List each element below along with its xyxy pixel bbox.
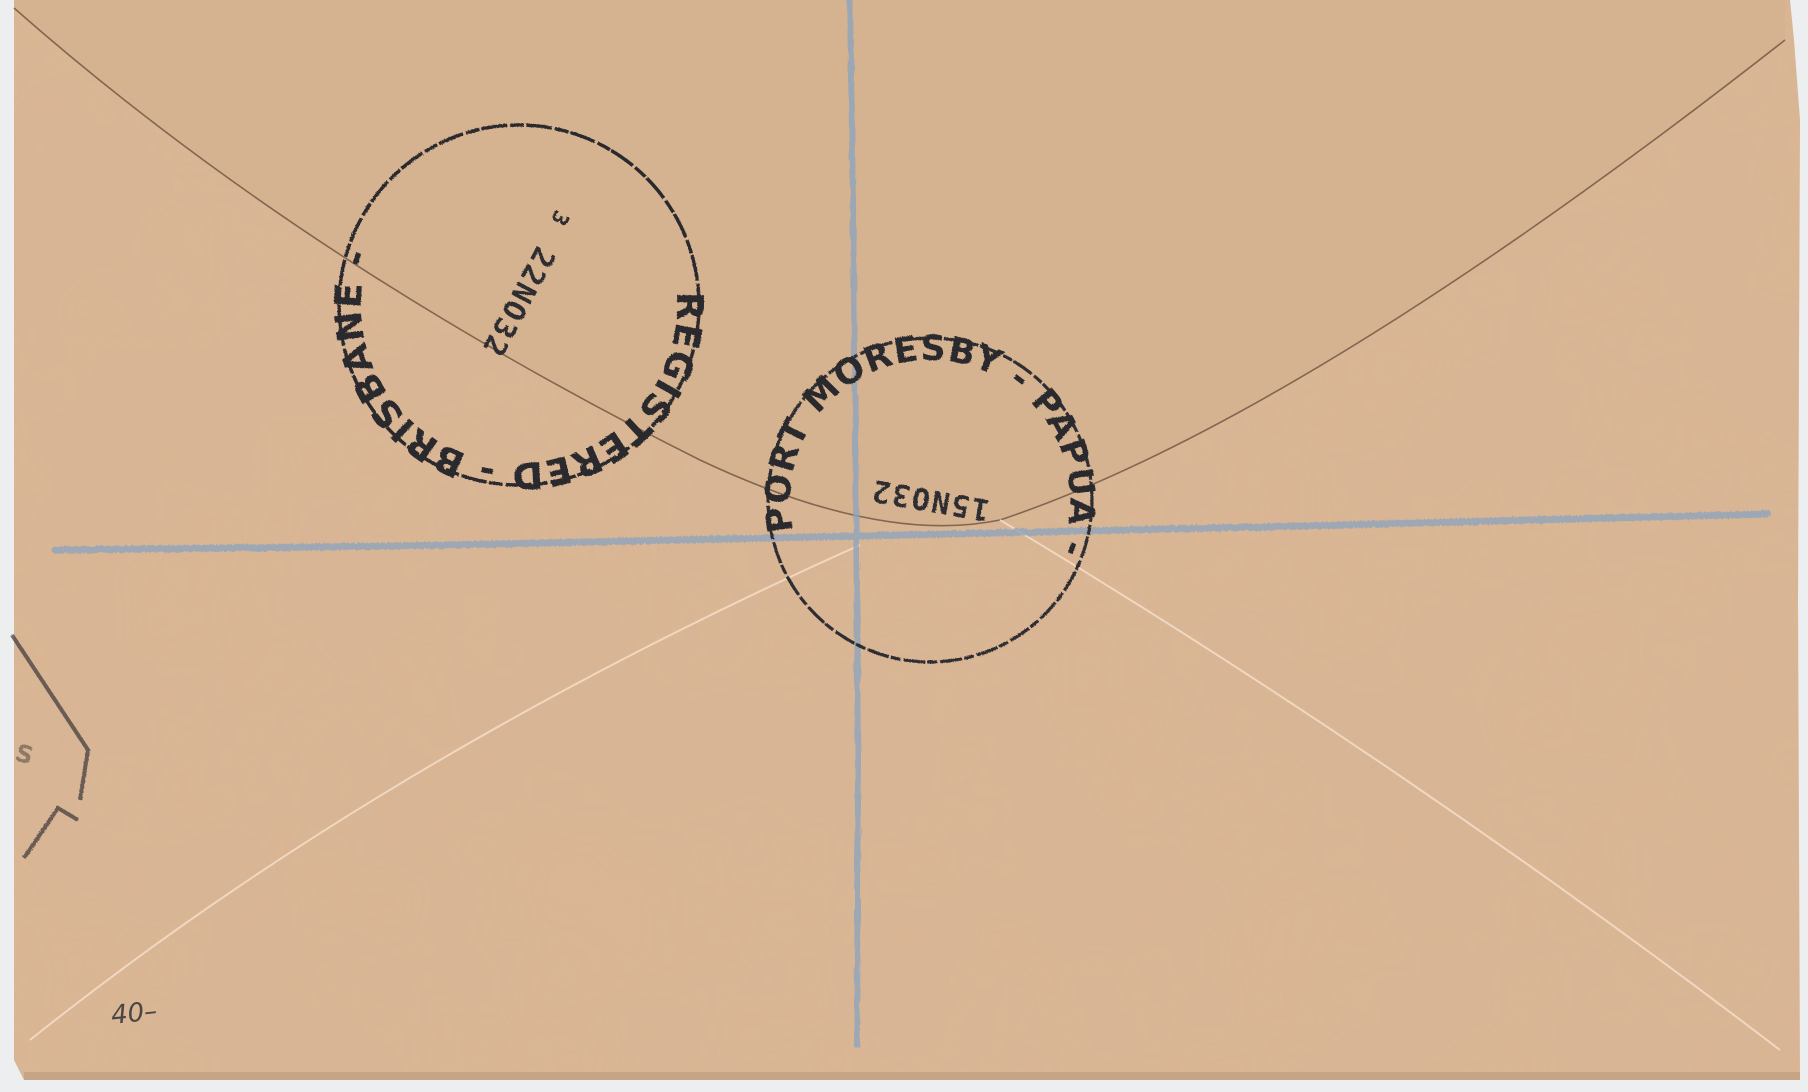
envelope-back: S REGISTERED - BRISBANE - 22NO32 3 PORT … [0,0,1808,1092]
pencil-note: 40– [110,996,159,1031]
envelope-back-scene: S REGISTERED - BRISBANE - 22NO32 3 PORT … [0,0,1808,1092]
